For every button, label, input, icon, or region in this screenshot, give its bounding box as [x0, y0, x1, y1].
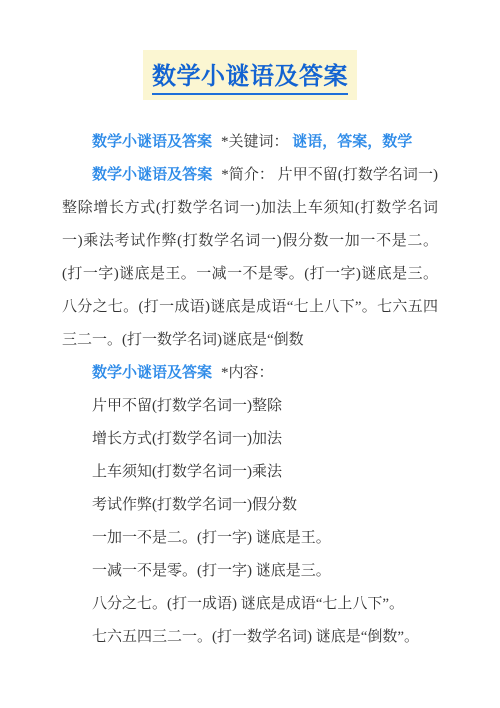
paragraph-intro: 数学小谜语及答案 *简介： 片甲不留(打数学名词一)整除增长方式(打数学名词一)…	[62, 159, 438, 357]
document-page: 数学小谜语及答案 数学小谜语及答案 *关键词： 谜语，答案，数学 数学小谜语及答…	[0, 0, 500, 708]
paragraph-keywords: 数学小谜语及答案 *关键词： 谜语，答案，数学	[62, 126, 438, 159]
paragraph-content-heading: 数学小谜语及答案 *内容：	[62, 357, 438, 390]
title-link[interactable]: 数学小谜语及答案	[152, 56, 348, 95]
document-title: 数学小谜语及答案	[62, 50, 438, 100]
title-highlight: 数学小谜语及答案	[143, 50, 357, 100]
riddle-line: 一加一不是二。(打一字) 谜底是王。	[62, 522, 438, 555]
riddle-line: 增长方式(打数学名词一)加法	[62, 423, 438, 456]
intro-label: *简介：	[221, 167, 274, 183]
keywords-value: 谜语，答案，数学	[292, 134, 412, 150]
keywords-lead-title: 数学小谜语及答案	[92, 134, 212, 150]
content-lead-title: 数学小谜语及答案	[92, 365, 212, 381]
intro-text: 片甲不留(打数学名词一)整除增长方式(打数学名词一)加法上车须知(打数学名词一)…	[62, 167, 438, 348]
riddle-line: 上车须知(打数学名词一)乘法	[62, 456, 438, 489]
content-label: *内容：	[221, 365, 274, 381]
riddle-line: 七六五四三二一。(打一数学名词) 谜底是“倒数”。	[62, 621, 438, 654]
riddle-list: 片甲不留(打数学名词一)整除 增长方式(打数学名词一)加法 上车须知(打数学名词…	[62, 390, 438, 654]
intro-lead-title: 数学小谜语及答案	[92, 167, 212, 183]
riddle-line: 片甲不留(打数学名词一)整除	[62, 390, 438, 423]
keywords-label: *关键词：	[221, 134, 289, 150]
riddle-line: 一减一不是零。(打一字) 谜底是三。	[62, 555, 438, 588]
riddle-line: 八分之七。(打一成语) 谜底是成语“七上八下”。	[62, 588, 438, 621]
riddle-line: 考试作弊(打数学名词一)假分数	[62, 489, 438, 522]
